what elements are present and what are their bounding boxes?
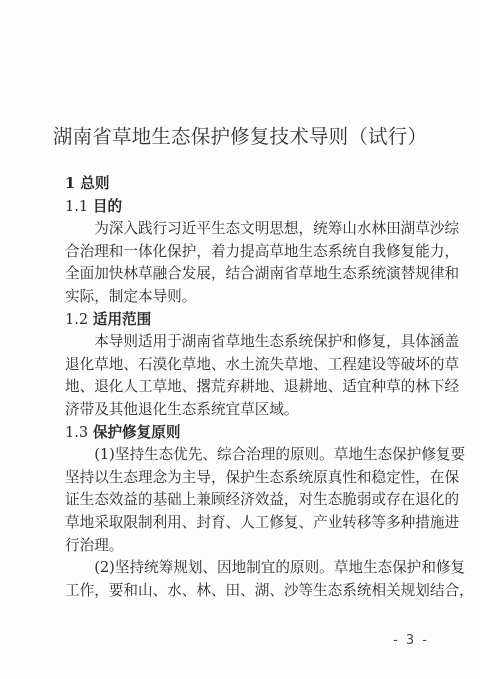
text-line: 实际，制定本导则。: [65, 286, 419, 309]
text-line: 为深入践行习近平生态文明思想，统筹山水林田湖草沙综: [65, 218, 419, 241]
text-line: (1)坚持生态优先、综合治理的原则。草地生态保护修复要: [65, 444, 419, 467]
section-title: 保护修复原则: [93, 424, 181, 441]
text-line: 坚持以生态理念为主导，保护生态系统原真性和稳定性，在保: [65, 467, 419, 490]
text-line: 退化草地、石漠化草地、水土流失草地、工程建设等破坏的草: [65, 354, 419, 377]
section-title: 目的: [93, 198, 122, 215]
text-line: 济带及其他退化生态系统宜草区域。: [65, 399, 419, 422]
section-heading-1-1: 1.1 目的: [65, 196, 419, 219]
text-line: (2)坚持统筹规划、因地制宜的原则。草地生态保护和修复: [65, 557, 419, 580]
paragraph-scope: 本导则适用于湖南省草地生态系统保护和修复，具体涵盖 退化草地、石漠化草地、水土流…: [65, 331, 419, 421]
section-number: 1.3: [65, 424, 88, 441]
text-line: 地、退化人工草地、撂荒弃耕地、退耕地、适宜种草的林下经: [65, 376, 419, 399]
text-line: 证生态效益的基础上兼顾经济效益，对生态脆弱或存在退化的: [65, 489, 419, 512]
section-number: 1: [65, 175, 75, 192]
section-title: 总则: [80, 175, 109, 192]
document-title: 湖南省草地生态保护修复技术导则（试行）: [0, 121, 480, 149]
paragraph-principle-1: (1)坚持生态优先、综合治理的原则。草地生态保护修复要 坚持以生态理念为主导，保…: [65, 444, 419, 557]
section-heading-1: 1 总则: [65, 173, 419, 196]
text-line: 草地采取限制利用、封育、人工修复、产业转移等多种措施进: [65, 512, 419, 535]
section-number: 1.1: [65, 198, 88, 215]
text-line: 行治理。: [65, 535, 419, 558]
section-title: 适用范围: [93, 311, 151, 328]
text-line: 全面加快林草融合发展，结合湖南省草地生态系统演替规律和: [65, 263, 419, 286]
document-body: 1 总则 1.1 目的 为深入践行习近平生态文明思想，统筹山水林田湖草沙综 合治…: [65, 173, 419, 602]
section-number: 1.2: [65, 311, 88, 328]
paragraph-purpose: 为深入践行习近平生态文明思想，统筹山水林田湖草沙综 合治理和一体化保护，着力提高…: [65, 218, 419, 308]
text-line: 合治理和一体化保护，着力提高草地生态系统自我修复能力，: [65, 241, 419, 264]
page-number: - 3 -: [393, 633, 429, 648]
text-line: 工作，要和山、水、林、田、湖、沙等生态系统相关规划结合，: [65, 580, 419, 603]
paragraph-principle-2: (2)坚持统筹规划、因地制宜的原则。草地生态保护和修复 工作，要和山、水、林、田…: [65, 557, 419, 602]
section-heading-1-3: 1.3 保护修复原则: [65, 422, 419, 445]
text-line: 本导则适用于湖南省草地生态系统保护和修复，具体涵盖: [65, 331, 419, 354]
section-heading-1-2: 1.2 适用范围: [65, 309, 419, 332]
